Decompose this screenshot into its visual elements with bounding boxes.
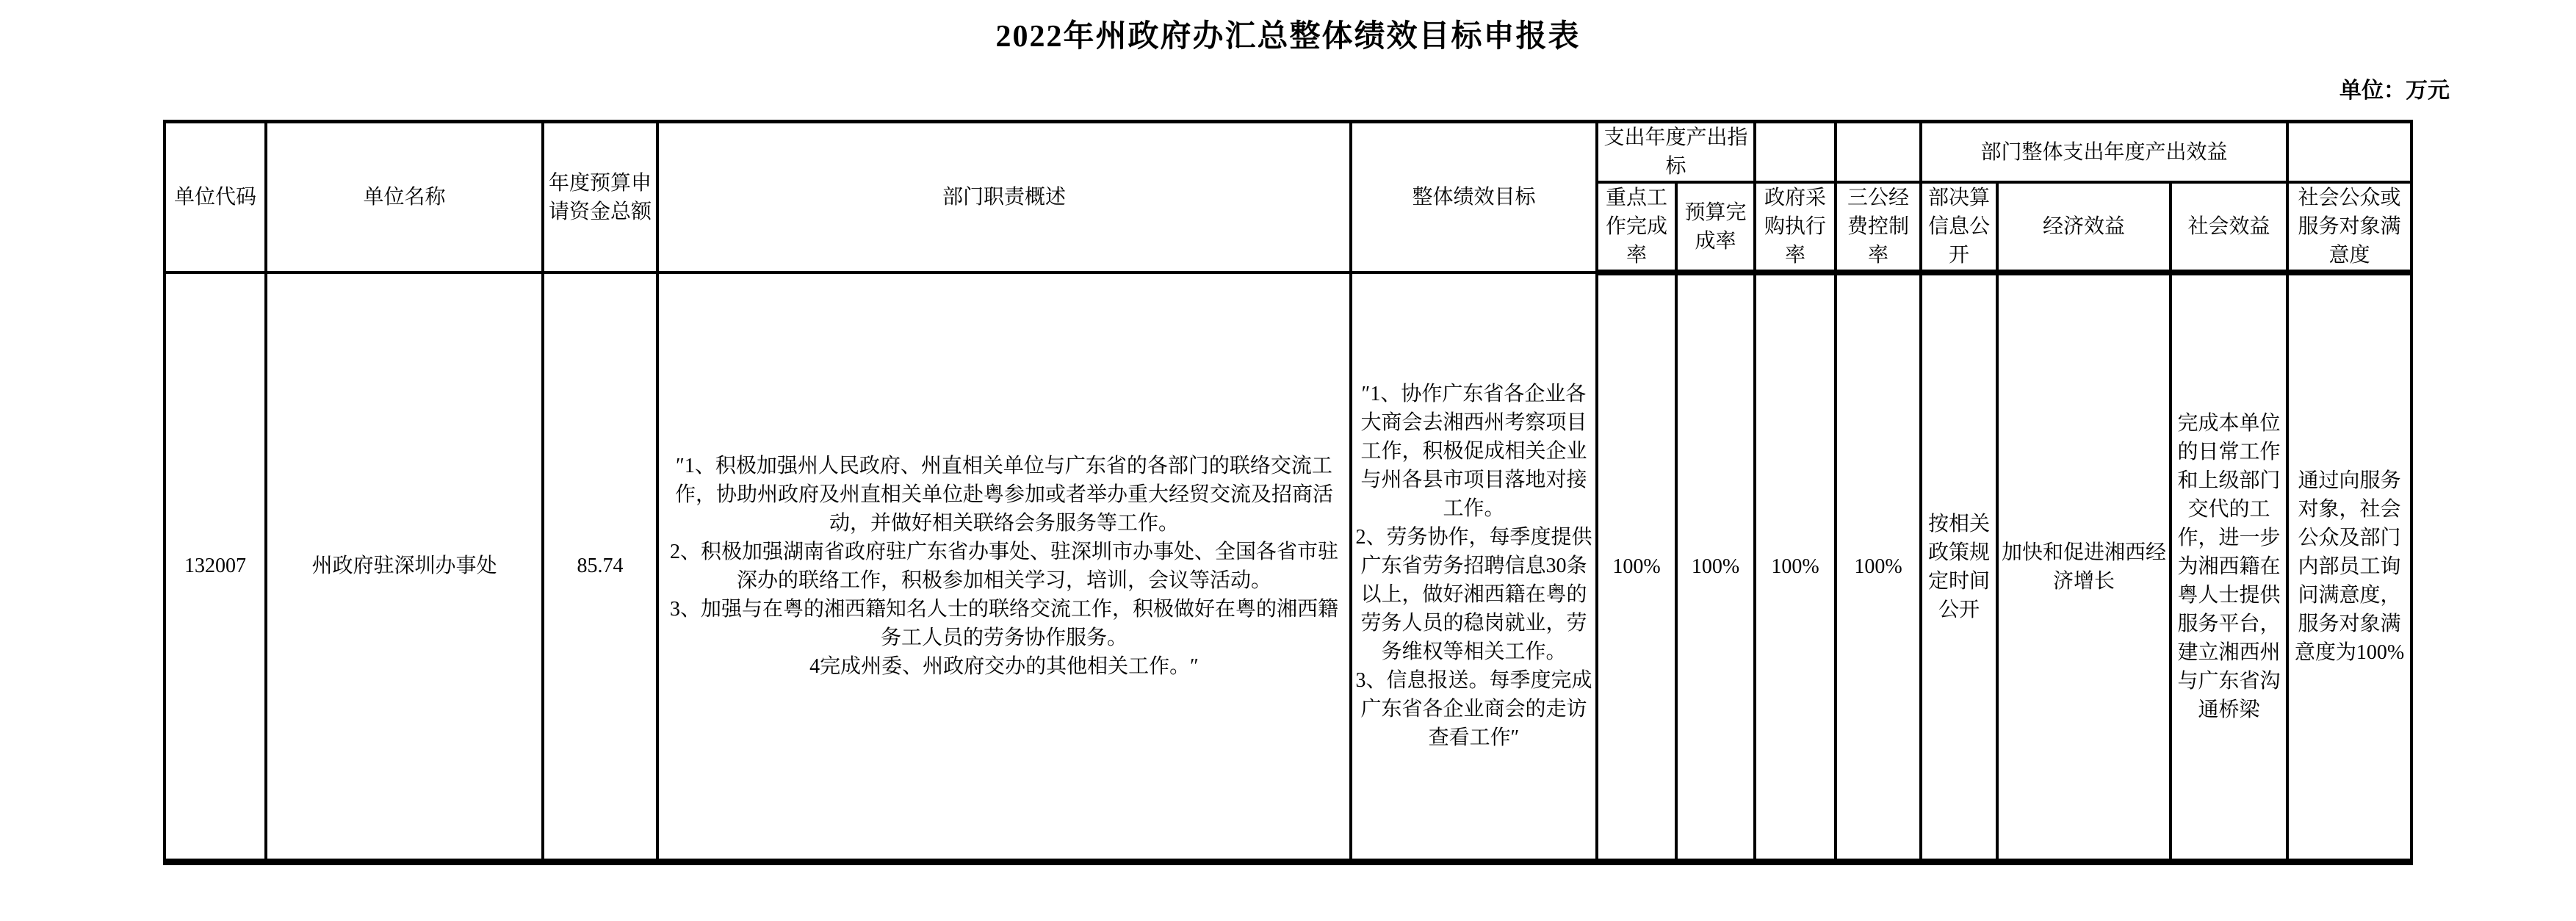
header-final-account-disclosure: 部决算信息公开 — [1921, 182, 1997, 272]
cell-economic-benefit: 加快和促进湘西经济增长 — [1997, 272, 2171, 862]
table-row: 132007 州政府驻深圳办事处 85.74 ″1、积极加强州人民政府、州直相关… — [165, 272, 2411, 862]
header-unit-name: 单位名称 — [266, 122, 543, 273]
header-three-public-rate: 三公经费控制率 — [1836, 182, 1921, 272]
header-social-benefit: 社会效益 — [2171, 182, 2287, 272]
header-group-output-indicators: 支出年度产出指标 — [1597, 122, 1755, 183]
unit-note: 单位：万元 — [2339, 72, 2450, 104]
cell-key-work-rate: 100% — [1597, 272, 1676, 862]
page-title: 2022年州政府办汇总整体绩效目标申报表 — [0, 12, 2576, 56]
cell-overall-goal: ″1、协作广东省各企业各大商会去湘西州考察项目工作，积极促成相关企业与州各县市项… — [1351, 272, 1597, 862]
header-overall-goal: 整体绩效目标 — [1351, 122, 1597, 273]
cell-final-account-disclosure: 按相关政策规定时间公开 — [1921, 272, 1997, 862]
header-satisfaction: 社会公众或服务对象满意度 — [2287, 182, 2411, 272]
cell-satisfaction: 通过向服务对象，社会公众及部门内部员工询问满意度，服务对象满意度为100% — [2287, 272, 2411, 862]
header-spacer-satisfaction — [2287, 122, 2411, 183]
cell-duties: ″1、积极加强州人民政府、州直相关单位与广东省的各部门的联络交流工作，协助州政府… — [657, 272, 1351, 862]
header-economic-benefit: 经济效益 — [1997, 182, 2171, 272]
cell-unit-code: 132007 — [165, 272, 266, 862]
cell-budget-rate: 100% — [1676, 272, 1755, 862]
header-group-benefits: 部门整体支出年度产出效益 — [1921, 122, 2287, 183]
cell-unit-name: 州政府驻深圳办事处 — [266, 272, 543, 862]
header-procurement-rate: 政府采购执行率 — [1755, 182, 1836, 272]
report-page: 2022年州政府办汇总整体绩效目标申报表 单位：万元 单位代码 单位名称 年度预… — [0, 0, 2576, 921]
performance-target-table: 单位代码 单位名称 年度预算申请资金总额 部门职责概述 整体绩效目标 支出年度产… — [163, 120, 2413, 865]
header-annual-budget: 年度预算申请资金总额 — [543, 122, 657, 273]
cell-social-benefit: 完成本单位的日常工作和上级部门交代的工作，进一步为湘西籍在粤人士提供服务平台，建… — [2171, 272, 2287, 862]
header-duties: 部门职责概述 — [657, 122, 1351, 273]
header-key-work-rate: 重点工作完成率 — [1597, 182, 1676, 272]
cell-annual-budget: 85.74 — [543, 272, 657, 862]
header-spacer-procurement — [1755, 122, 1836, 183]
header-budget-rate: 预算完成率 — [1676, 182, 1755, 272]
header-spacer-three-public — [1836, 122, 1921, 183]
header-unit-code: 单位代码 — [165, 122, 266, 273]
cell-three-public-rate: 100% — [1836, 272, 1921, 862]
cell-procurement-rate: 100% — [1755, 272, 1836, 862]
